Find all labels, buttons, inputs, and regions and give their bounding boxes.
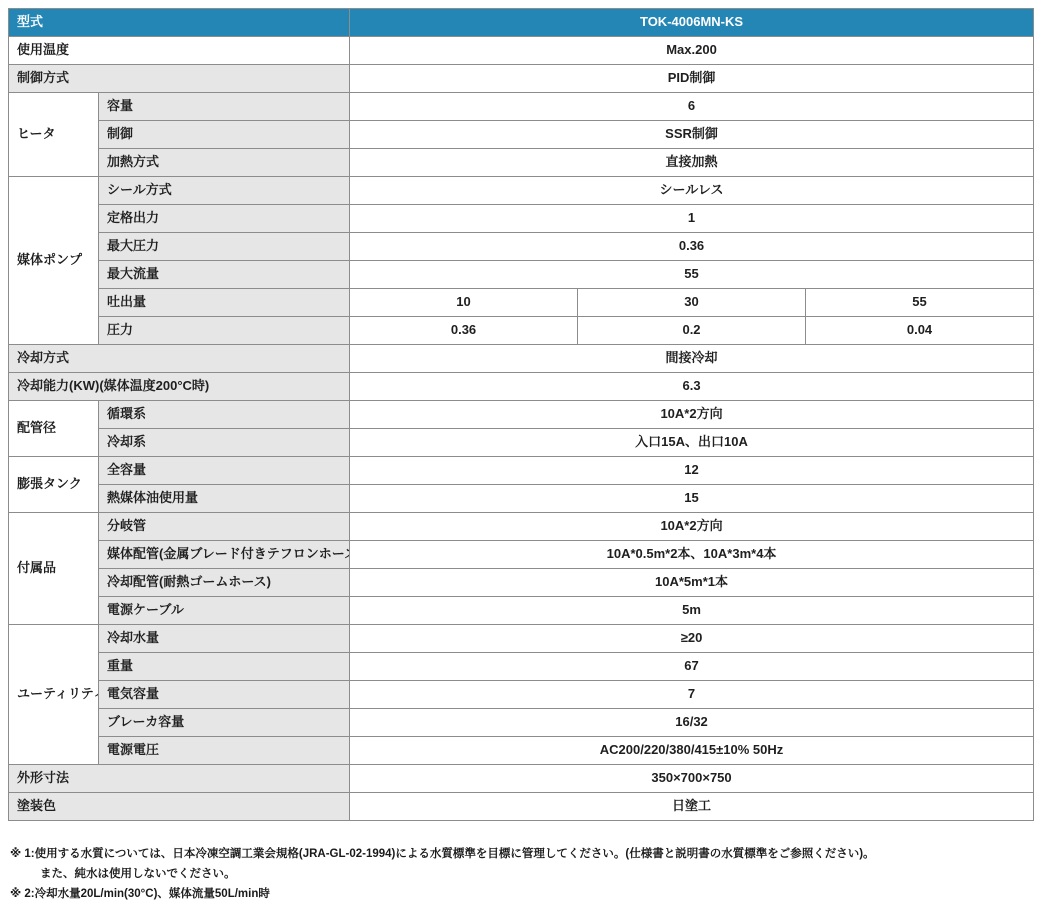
row-label: 分岐管 — [99, 513, 350, 541]
spec-row: 冷却系入口15A、出口10A — [9, 429, 1034, 457]
footnote-line: また、純水は使用しないでください。 — [10, 864, 875, 884]
group-label: 付属品 — [9, 513, 99, 625]
row-label: 定格出力 — [99, 205, 350, 233]
spec-row: 定格出力1 — [9, 205, 1034, 233]
spec-row: 熱媒体油使用量15 — [9, 485, 1034, 513]
group-label: 媒体ポンプ — [9, 177, 99, 345]
row-label: 外形寸法 — [9, 765, 350, 793]
row-label: 熱媒体油使用量 — [99, 485, 350, 513]
row-value: 0.2 — [578, 317, 806, 345]
row-label: 吐出量 — [99, 289, 350, 317]
spec-row: 塗装色日塗工 — [9, 793, 1034, 821]
row-label: 制御方式 — [9, 65, 350, 93]
row-value: 55 — [350, 261, 1034, 289]
row-label: 最大流量 — [99, 261, 350, 289]
row-label: 圧力 — [99, 317, 350, 345]
row-value: SSR制御 — [350, 121, 1034, 149]
row-value: 30 — [578, 289, 806, 317]
row-value: PID制御 — [350, 65, 1034, 93]
row-value: 間接冷却 — [350, 345, 1034, 373]
row-value: 12 — [350, 457, 1034, 485]
row-label: 循環系 — [99, 401, 350, 429]
footnote-line: ※ 2:冷却水量20L/min(30°C)、媒体流量50L/min時 — [10, 884, 875, 904]
row-value: 6.3 — [350, 373, 1034, 401]
header-row: 型式TOK-4006MN-KS — [9, 9, 1034, 37]
row-value: シールレス — [350, 177, 1034, 205]
row-value: 10 — [350, 289, 578, 317]
spec-row: 最大圧力0.36 — [9, 233, 1034, 261]
spec-row: 圧力0.360.20.04 — [9, 317, 1034, 345]
spec-row: 制御SSR制御 — [9, 121, 1034, 149]
row-value: 7 — [350, 681, 1034, 709]
spec-row: 電源ケーブル5m — [9, 597, 1034, 625]
row-label: 加熱方式 — [99, 149, 350, 177]
row-label: 塗装色 — [9, 793, 350, 821]
row-value: 直接加熱 — [350, 149, 1034, 177]
row-label: 冷却水量 — [99, 625, 350, 653]
row-value: Max.200 — [350, 37, 1034, 65]
row-label: 電源ケーブル — [99, 597, 350, 625]
group-label: 配管径 — [9, 401, 99, 457]
row-label: 冷却配管(耐熱ゴームホース) — [99, 569, 350, 597]
row-value: AC200/220/380/415±10% 50Hz — [350, 737, 1034, 765]
row-value: 6 — [350, 93, 1034, 121]
spec-row: 媒体ポンプシール方式シールレス — [9, 177, 1034, 205]
spec-row: 重量67 — [9, 653, 1034, 681]
row-value: 0.04 — [806, 317, 1034, 345]
spec-row: 外形寸法350×700×750 — [9, 765, 1034, 793]
spec-row: 電源電圧AC200/220/380/415±10% 50Hz — [9, 737, 1034, 765]
spec-row: 配管径循環系10A*2方向 — [9, 401, 1034, 429]
spec-row: 電気容量7 — [9, 681, 1034, 709]
row-label: 冷却方式 — [9, 345, 350, 373]
row-value: 10A*0.5m*2本、10A*3m*4本 — [350, 541, 1034, 569]
footnote-line: ※ 1:使用する水質については、日本冷凍空調工業会規格(JRA-GL-02-19… — [10, 844, 875, 864]
row-label: 媒体配管(金属ブレード付きテフロンホース) — [99, 541, 350, 569]
model-header-label: 型式 — [9, 9, 350, 37]
row-label: 冷却系 — [99, 429, 350, 457]
row-value: 5m — [350, 597, 1034, 625]
row-label: 容量 — [99, 93, 350, 121]
row-value: 入口15A、出口10A — [350, 429, 1034, 457]
row-value: 10A*2方向 — [350, 513, 1034, 541]
row-value: 1 — [350, 205, 1034, 233]
row-value: 日塗工 — [350, 793, 1034, 821]
row-label: 制御 — [99, 121, 350, 149]
spec-row: 吐出量103055 — [9, 289, 1034, 317]
group-label: ヒータ — [9, 93, 99, 177]
spec-row: ブレーカ容量16/32 — [9, 709, 1034, 737]
spec-row: 最大流量55 — [9, 261, 1034, 289]
row-value: 350×700×750 — [350, 765, 1034, 793]
row-label: 電気容量 — [99, 681, 350, 709]
row-value: 55 — [806, 289, 1034, 317]
model-name: TOK-4006MN-KS — [350, 9, 1034, 37]
row-value: 67 — [350, 653, 1034, 681]
spec-row: ユーティリティ冷却水量≥20 — [9, 625, 1034, 653]
spec-row: 冷却能力(KW)(媒体温度200°C時)6.3 — [9, 373, 1034, 401]
footnotes: ※ 1:使用する水質については、日本冷凍空調工業会規格(JRA-GL-02-19… — [10, 844, 875, 904]
spec-row: 使用温度Max.200 — [9, 37, 1034, 65]
spec-row: 加熱方式直接加熱 — [9, 149, 1034, 177]
spec-table: 型式TOK-4006MN-KS使用温度Max.200制御方式PID制御ヒータ容量… — [8, 8, 1034, 821]
row-value: 10A*2方向 — [350, 401, 1034, 429]
row-value: 0.36 — [350, 233, 1034, 261]
spec-row: 冷却方式間接冷却 — [9, 345, 1034, 373]
row-label: 電源電圧 — [99, 737, 350, 765]
row-value: 0.36 — [350, 317, 578, 345]
row-value: 15 — [350, 485, 1034, 513]
row-label: 使用温度 — [9, 37, 350, 65]
row-label: 冷却能力(KW)(媒体温度200°C時) — [9, 373, 350, 401]
group-label: ユーティリティ — [9, 625, 99, 765]
row-label: 最大圧力 — [99, 233, 350, 261]
row-label: 重量 — [99, 653, 350, 681]
row-value: ≥20 — [350, 625, 1034, 653]
row-label: シール方式 — [99, 177, 350, 205]
spec-sheet-page: 型式TOK-4006MN-KS使用温度Max.200制御方式PID制御ヒータ容量… — [0, 0, 1039, 896]
spec-row: 膨張タンク全容量12 — [9, 457, 1034, 485]
spec-row: 付属品分岐管10A*2方向 — [9, 513, 1034, 541]
spec-row: 媒体配管(金属ブレード付きテフロンホース)10A*0.5m*2本、10A*3m*… — [9, 541, 1034, 569]
spec-row: 冷却配管(耐熱ゴームホース)10A*5m*1本 — [9, 569, 1034, 597]
row-value: 16/32 — [350, 709, 1034, 737]
spec-row: ヒータ容量6 — [9, 93, 1034, 121]
row-value: 10A*5m*1本 — [350, 569, 1034, 597]
group-label: 膨張タンク — [9, 457, 99, 513]
row-label: ブレーカ容量 — [99, 709, 350, 737]
row-label: 全容量 — [99, 457, 350, 485]
spec-row: 制御方式PID制御 — [9, 65, 1034, 93]
